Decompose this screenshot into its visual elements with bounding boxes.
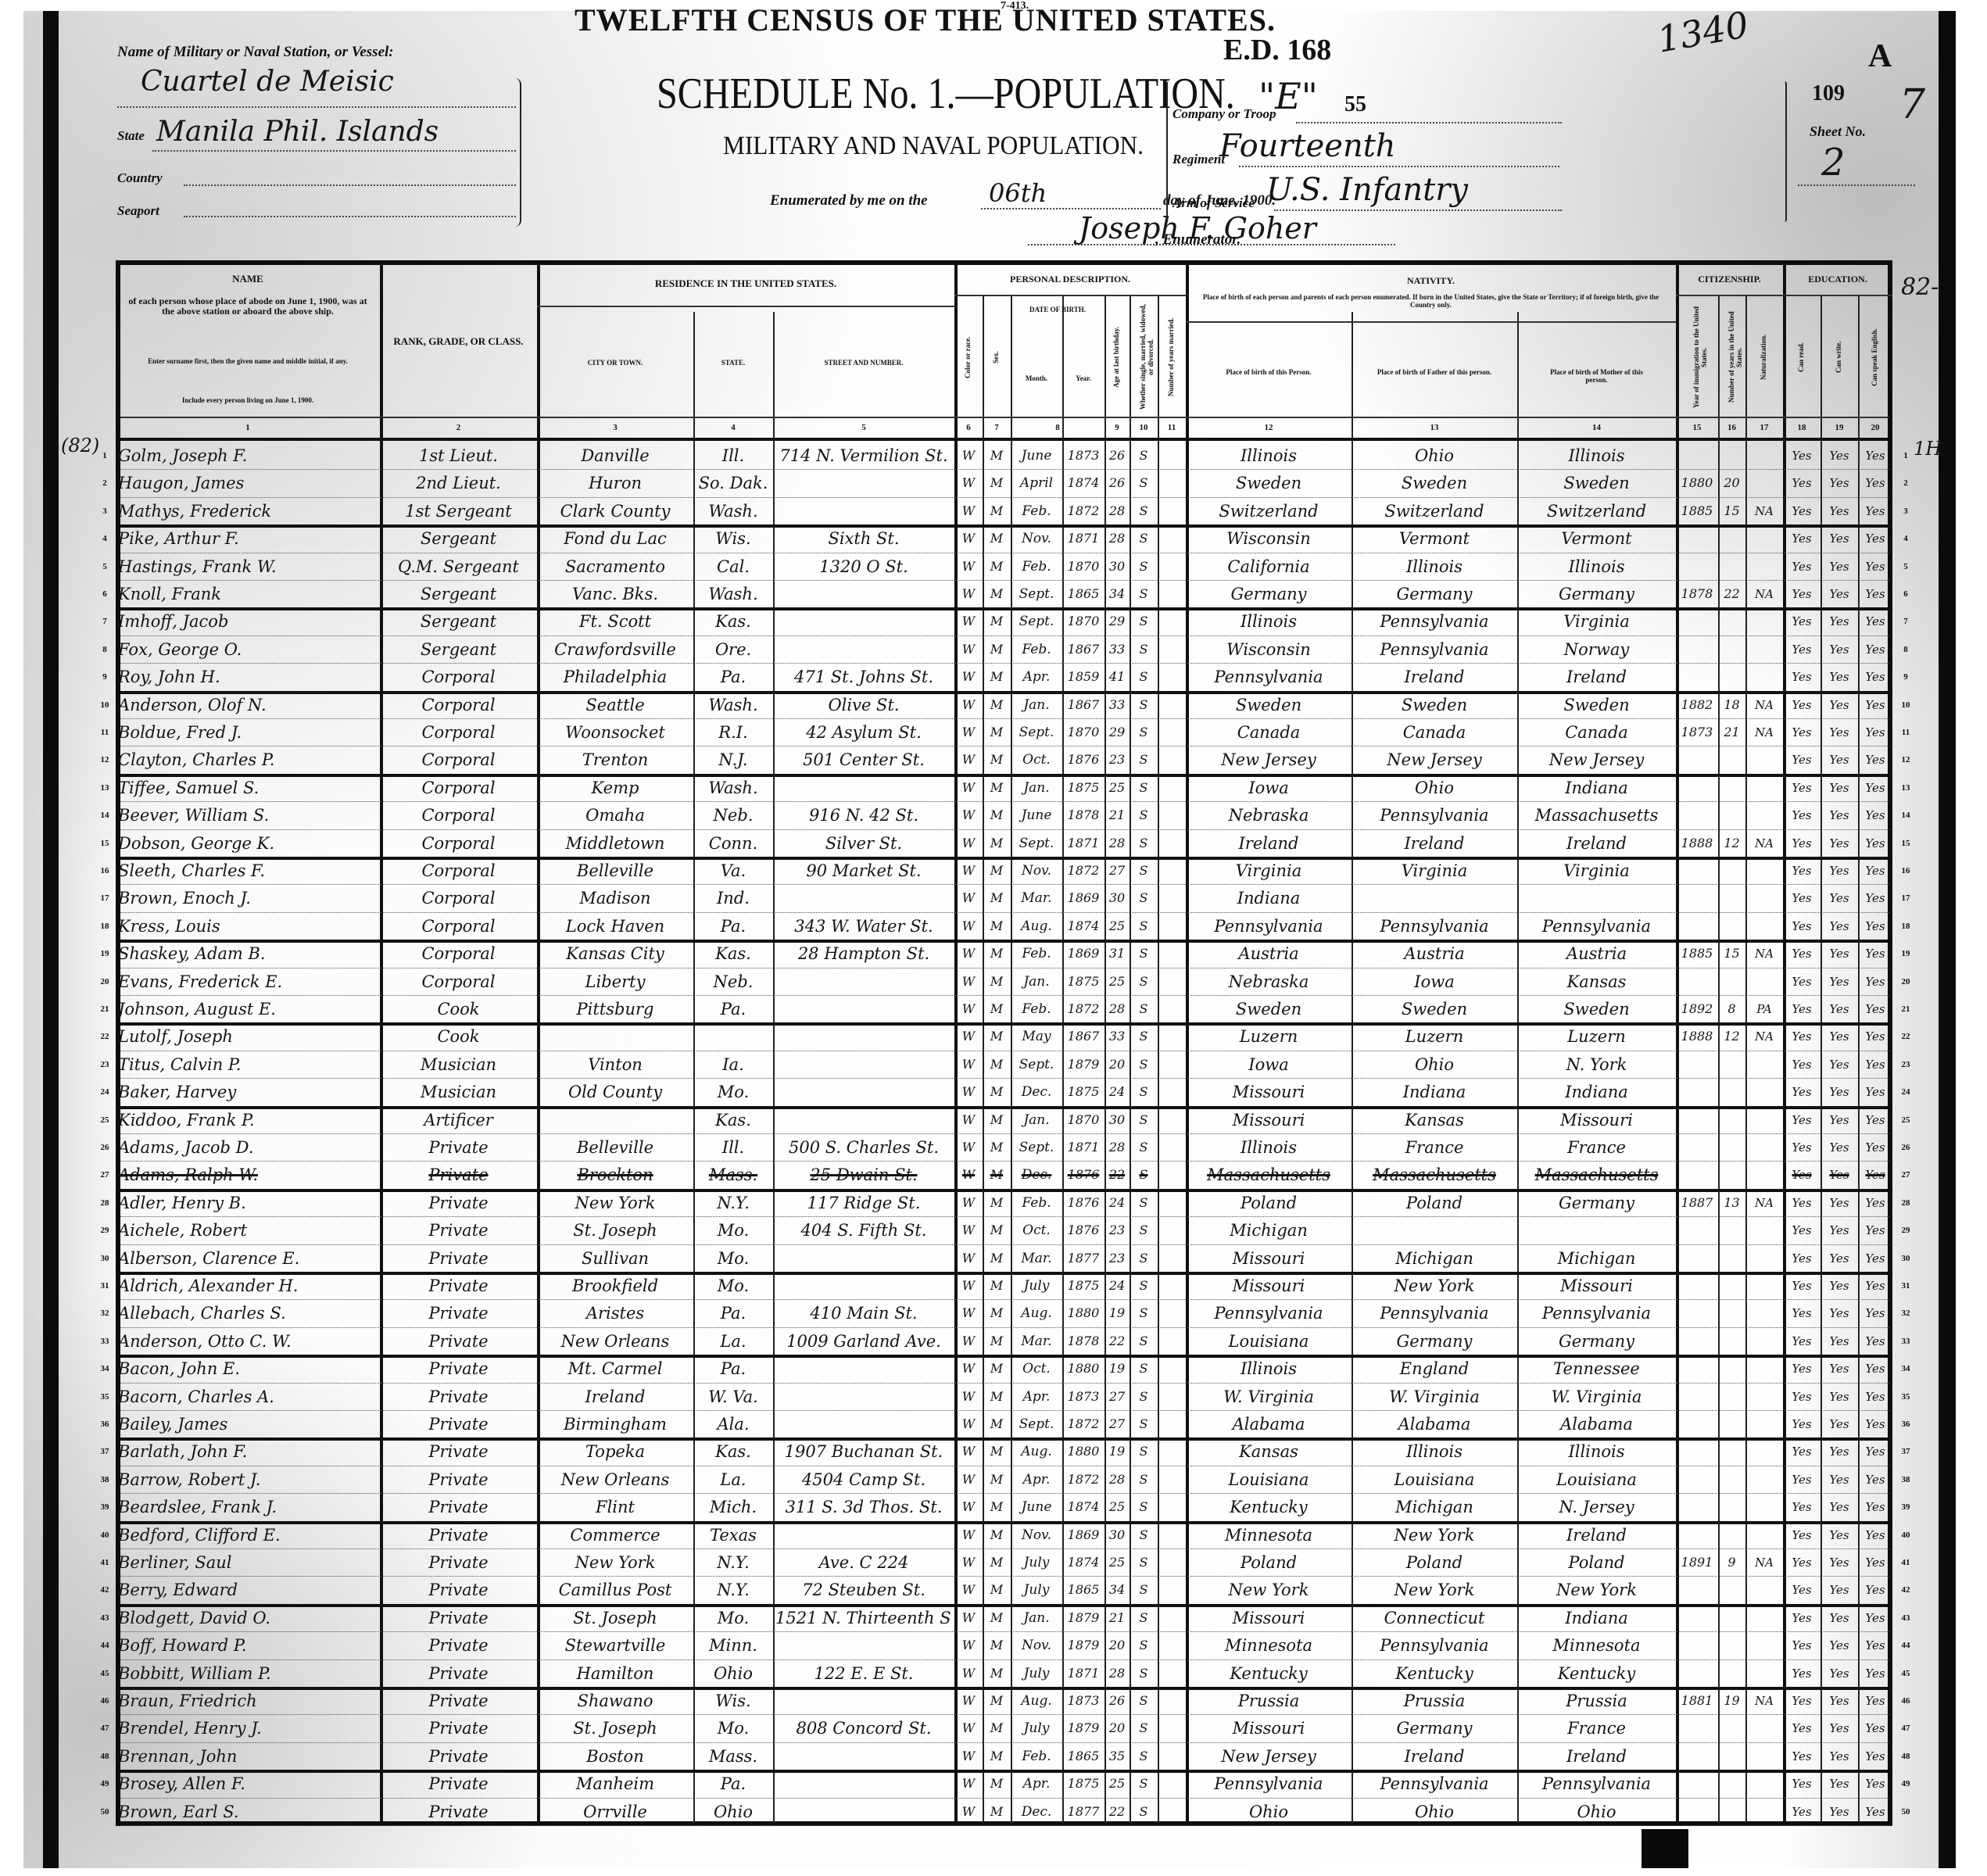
can-speak-english-cell: Yes bbox=[1860, 830, 1890, 857]
can-read-cell: Yes bbox=[1785, 470, 1818, 496]
state-cell: Ohio bbox=[696, 1660, 771, 1687]
sex-cell: M bbox=[985, 1688, 1008, 1714]
city-cell: Brookfield bbox=[539, 1273, 691, 1299]
row-number-right: 49 bbox=[1898, 1770, 1914, 1797]
birthplace-cell: Iowa bbox=[1188, 775, 1349, 801]
name-cell: Dobson, George K. bbox=[118, 830, 378, 857]
enumerator-label: , Enumerator. bbox=[1155, 231, 1241, 249]
state-cell: Mass. bbox=[696, 1743, 771, 1770]
color-cell: W bbox=[957, 1743, 980, 1770]
state-cell: Mo. bbox=[696, 1715, 771, 1742]
father-birthplace-cell: Iowa bbox=[1354, 968, 1515, 995]
age-cell: 25 bbox=[1107, 913, 1127, 940]
birthplace-cell: Sweden bbox=[1188, 996, 1349, 1022]
birth-month-cell: Feb. bbox=[1013, 636, 1060, 663]
seaport-label: Seaport bbox=[117, 203, 159, 219]
row-number-right: 14 bbox=[1898, 802, 1914, 829]
can-read-cell: Yes bbox=[1785, 1660, 1818, 1687]
state-cell: Cal. bbox=[696, 553, 771, 580]
naturalization-cell: NA bbox=[1748, 830, 1781, 857]
marital-cell: S bbox=[1132, 608, 1155, 635]
name-cell: Berliner, Saul bbox=[118, 1549, 378, 1576]
father-birthplace-cell: New York bbox=[1354, 1522, 1515, 1548]
color-cell: W bbox=[957, 1273, 980, 1299]
header-nativity-desc: Place of birth of each person and parent… bbox=[1201, 293, 1660, 309]
birthplace-cell: Louisiana bbox=[1188, 1328, 1349, 1355]
father-birthplace-cell: Vermont bbox=[1354, 525, 1515, 552]
color-cell: W bbox=[957, 664, 980, 690]
color-cell: W bbox=[957, 1328, 980, 1355]
birth-month-cell: Feb. bbox=[1013, 1190, 1060, 1216]
can-write-cell: Yes bbox=[1823, 1355, 1856, 1382]
birth-year-cell: 1872 bbox=[1065, 996, 1102, 1022]
sheet-no-value: 2 bbox=[1821, 141, 1846, 184]
marital-cell: S bbox=[1132, 525, 1155, 552]
header-years-us: Number of years in the United States. bbox=[1727, 303, 1743, 412]
age-cell: 22 bbox=[1107, 1328, 1127, 1355]
color-cell: W bbox=[957, 498, 980, 524]
age-cell: 24 bbox=[1107, 1190, 1127, 1216]
color-cell: W bbox=[957, 775, 980, 801]
state-cell: Ill. bbox=[696, 1134, 771, 1161]
birthplace-cell: Missouri bbox=[1188, 1245, 1349, 1272]
father-birthplace-cell: Germany bbox=[1354, 1715, 1515, 1742]
marital-cell: S bbox=[1132, 1577, 1155, 1603]
state-cell: Kas. bbox=[696, 940, 771, 967]
name-cell: Bailey, James bbox=[118, 1411, 378, 1437]
can-speak-english-cell: Yes bbox=[1860, 1134, 1890, 1161]
can-read-cell: Yes bbox=[1785, 996, 1818, 1022]
can-write-cell: Yes bbox=[1823, 1300, 1856, 1326]
row-number-right: 15 bbox=[1898, 830, 1914, 857]
immigration-year-cell: 1880 bbox=[1678, 470, 1716, 496]
can-speak-english-cell: Yes bbox=[1860, 775, 1890, 801]
birthplace-cell: Missouri bbox=[1188, 1107, 1349, 1133]
color-cell: W bbox=[957, 1799, 980, 1825]
can-read-cell: Yes bbox=[1785, 1079, 1818, 1105]
unit-bracket-right bbox=[1782, 81, 1787, 222]
row-number-right: 12 bbox=[1898, 746, 1914, 773]
birth-year-cell: 1867 bbox=[1065, 1023, 1102, 1050]
father-birthplace-cell: Pennsylvania bbox=[1354, 1300, 1515, 1326]
rank-cell: Private bbox=[382, 1660, 535, 1687]
birth-month-cell: Aug. bbox=[1013, 1300, 1060, 1326]
rank-cell: 2nd Lieut. bbox=[382, 470, 535, 496]
name-cell: Adler, Henry B. bbox=[118, 1190, 378, 1216]
birth-month-cell: Jan. bbox=[1013, 968, 1060, 995]
can-write-cell: Yes bbox=[1823, 857, 1856, 884]
father-birthplace-cell: Ireland bbox=[1354, 830, 1515, 857]
city-cell: Orrville bbox=[539, 1799, 691, 1825]
age-cell: 34 bbox=[1107, 581, 1127, 607]
age-cell: 27 bbox=[1107, 857, 1127, 884]
column-number: 1 bbox=[116, 423, 380, 432]
rank-cell: Private bbox=[382, 1384, 535, 1410]
row-number-right: 18 bbox=[1898, 913, 1914, 940]
can-read-cell: Yes bbox=[1785, 1023, 1818, 1050]
birth-year-cell: 1870 bbox=[1065, 553, 1102, 580]
sex-cell: M bbox=[985, 1273, 1008, 1299]
regiment-label: Regiment bbox=[1173, 152, 1225, 167]
birth-month-cell: Mar. bbox=[1013, 1245, 1060, 1272]
row-number-right: 38 bbox=[1898, 1466, 1914, 1493]
can-write-cell: Yes bbox=[1823, 1134, 1856, 1161]
sex-cell: M bbox=[985, 968, 1008, 995]
birthplace-cell: Kentucky bbox=[1188, 1660, 1349, 1687]
city-cell: Aristes bbox=[539, 1300, 691, 1326]
birth-year-cell: 1875 bbox=[1065, 775, 1102, 801]
can-write-cell: Yes bbox=[1823, 1799, 1856, 1825]
years-in-us-cell: 19 bbox=[1720, 1688, 1743, 1714]
row-number-left: 2 bbox=[97, 470, 113, 496]
birthplace-cell: New Jersey bbox=[1188, 1743, 1349, 1770]
city-cell: Omaha bbox=[539, 802, 691, 829]
birth-month-cell: June bbox=[1013, 802, 1060, 829]
name-cell: Johnson, August E. bbox=[118, 996, 378, 1022]
name-cell: Imhoff, Jacob bbox=[118, 608, 378, 635]
can-write-cell: Yes bbox=[1823, 1494, 1856, 1520]
birth-month-cell: Oct. bbox=[1013, 1355, 1060, 1382]
state-line bbox=[152, 150, 516, 152]
row-number-left: 11 bbox=[97, 719, 113, 746]
immigration-year-cell: 1885 bbox=[1678, 940, 1716, 967]
birth-month-cell: Oct. bbox=[1013, 746, 1060, 773]
sex-cell: M bbox=[985, 1355, 1008, 1382]
city-cell: Ft. Scott bbox=[539, 608, 691, 635]
birthplace-cell: California bbox=[1188, 553, 1349, 580]
state-cell: N.J. bbox=[696, 746, 771, 773]
sex-cell: M bbox=[985, 1079, 1008, 1105]
row-number-right: 13 bbox=[1898, 775, 1914, 801]
column-number: 10 bbox=[1130, 423, 1158, 432]
can-speak-english-cell: Yes bbox=[1860, 692, 1890, 718]
can-read-cell: Yes bbox=[1785, 1273, 1818, 1299]
color-cell: W bbox=[957, 1051, 980, 1078]
can-read-cell: Yes bbox=[1785, 1522, 1818, 1548]
row-number-left: 46 bbox=[97, 1688, 113, 1714]
row-number-left: 16 bbox=[97, 857, 113, 884]
can-speak-english-cell: Yes bbox=[1860, 1328, 1890, 1355]
sex-cell: M bbox=[985, 1632, 1008, 1659]
name-cell: Kiddoo, Frank P. bbox=[118, 1107, 378, 1133]
row-number-right: 48 bbox=[1898, 1743, 1914, 1770]
regiment-line bbox=[1239, 166, 1559, 167]
birth-year-cell: 1880 bbox=[1065, 1355, 1102, 1382]
column-number: 13 bbox=[1352, 423, 1517, 432]
immigration-year-cell: 1881 bbox=[1678, 1688, 1716, 1714]
row-number-left: 7 bbox=[97, 608, 113, 635]
can-speak-english-cell: Yes bbox=[1860, 1660, 1890, 1687]
rank-cell: Corporal bbox=[382, 968, 535, 995]
name-cell: Bacon, John E. bbox=[118, 1355, 378, 1382]
birth-year-cell: 1879 bbox=[1065, 1715, 1102, 1742]
state-cell: Wash. bbox=[696, 498, 771, 524]
sex-cell: M bbox=[985, 525, 1008, 552]
row-number-right: 28 bbox=[1898, 1190, 1914, 1216]
state-cell: Ind. bbox=[696, 885, 771, 911]
birth-year-cell: 1865 bbox=[1065, 581, 1102, 607]
can-write-cell: Yes bbox=[1823, 1245, 1856, 1272]
name-cell: Anderson, Olof N. bbox=[118, 692, 378, 718]
rank-cell: Private bbox=[382, 1328, 535, 1355]
color-cell: W bbox=[957, 1770, 980, 1797]
sex-cell: M bbox=[985, 1577, 1008, 1603]
column-number: 16 bbox=[1718, 423, 1745, 432]
age-cell: 28 bbox=[1107, 1134, 1127, 1161]
state-cell: R.I. bbox=[696, 719, 771, 746]
mother-birthplace-cell: Alabama bbox=[1520, 1411, 1674, 1437]
sex-cell: M bbox=[985, 1107, 1008, 1133]
can-write-cell: Yes bbox=[1823, 664, 1856, 690]
city-cell: Mt. Carmel bbox=[539, 1355, 691, 1382]
birth-month-cell: Dec. bbox=[1013, 1079, 1060, 1105]
row-number-right: 19 bbox=[1898, 940, 1914, 967]
marital-cell: S bbox=[1132, 1190, 1155, 1216]
sex-cell: M bbox=[985, 1494, 1008, 1520]
city-cell: Shawano bbox=[539, 1688, 691, 1714]
can-write-cell: Yes bbox=[1823, 1577, 1856, 1603]
immigration-year-cell: 1885 bbox=[1678, 498, 1716, 524]
street-cell: 808 Concord St. bbox=[775, 1715, 952, 1742]
can-read-cell: Yes bbox=[1785, 498, 1818, 524]
column-number: 3 bbox=[537, 423, 693, 432]
birth-year-cell: 1870 bbox=[1065, 1107, 1102, 1133]
birth-month-cell: Feb. bbox=[1013, 498, 1060, 524]
name-cell: Golm, Joseph F. bbox=[118, 442, 378, 469]
father-birthplace-cell: New York bbox=[1354, 1273, 1515, 1299]
can-read-cell: Yes bbox=[1785, 1134, 1818, 1161]
marital-cell: S bbox=[1132, 1438, 1155, 1465]
row-number-right: 4 bbox=[1898, 525, 1914, 552]
state-cell: Kas. bbox=[696, 1438, 771, 1465]
row-number-left: 48 bbox=[97, 1743, 113, 1770]
city-cell: Woonsocket bbox=[539, 719, 691, 746]
row-number-left: 8 bbox=[97, 636, 113, 663]
state-cell: Conn. bbox=[696, 830, 771, 857]
birth-year-cell: 1871 bbox=[1065, 525, 1102, 552]
father-birthplace-cell: Pennsylvania bbox=[1354, 802, 1515, 829]
can-speak-english-cell: Yes bbox=[1860, 1715, 1890, 1742]
row-number-right: 30 bbox=[1898, 1245, 1914, 1272]
can-speak-english-cell: Yes bbox=[1860, 1355, 1890, 1382]
age-cell: 28 bbox=[1107, 498, 1127, 524]
row-number-left: 40 bbox=[97, 1522, 113, 1548]
birth-year-cell: 1878 bbox=[1065, 802, 1102, 829]
sex-cell: M bbox=[985, 470, 1008, 496]
header-naturalization: Naturalization. bbox=[1760, 303, 1767, 412]
column-number: 15 bbox=[1676, 423, 1718, 432]
marital-cell: S bbox=[1132, 885, 1155, 911]
can-speak-english-cell: Yes bbox=[1860, 968, 1890, 995]
column-number: 8 bbox=[1011, 423, 1104, 432]
can-write-cell: Yes bbox=[1823, 1051, 1856, 1078]
mother-birthplace-cell: Massachusetts bbox=[1520, 1162, 1674, 1188]
sex-cell: M bbox=[985, 1051, 1008, 1078]
mother-birthplace-cell: Louisiana bbox=[1520, 1466, 1674, 1493]
rank-cell: Cook bbox=[382, 1023, 535, 1050]
enumeration-district: E.D. 168 bbox=[1223, 33, 1331, 67]
name-cell: Pike, Arthur F. bbox=[118, 525, 378, 552]
immigration-year-cell: 1873 bbox=[1678, 719, 1716, 746]
birth-year-cell: 1879 bbox=[1065, 1051, 1102, 1078]
age-cell: 33 bbox=[1107, 692, 1127, 718]
marital-cell: S bbox=[1132, 857, 1155, 884]
can-read-cell: Yes bbox=[1785, 746, 1818, 773]
father-birthplace-cell: Poland bbox=[1354, 1190, 1515, 1216]
color-cell: W bbox=[957, 692, 980, 718]
father-birthplace-cell: Poland bbox=[1354, 1549, 1515, 1576]
marital-cell: S bbox=[1132, 498, 1155, 524]
age-cell: 27 bbox=[1107, 1384, 1127, 1410]
can-speak-english-cell: Yes bbox=[1860, 581, 1890, 607]
street-cell: 501 Center St. bbox=[775, 746, 952, 773]
naturalization-cell: NA bbox=[1748, 1549, 1781, 1576]
city-cell: Lock Haven bbox=[539, 913, 691, 940]
rank-cell: Corporal bbox=[382, 692, 535, 718]
can-write-cell: Yes bbox=[1823, 1328, 1856, 1355]
row-number-right: 29 bbox=[1898, 1217, 1914, 1244]
header-marital: Whether single, married, widowed, or div… bbox=[1139, 303, 1155, 412]
row-number-left: 34 bbox=[97, 1355, 113, 1382]
city-cell: Belleville bbox=[539, 857, 691, 884]
marital-cell: S bbox=[1132, 1715, 1155, 1742]
row-number-left: 9 bbox=[97, 664, 113, 690]
birth-month-cell: Aug. bbox=[1013, 1688, 1060, 1714]
can-read-cell: Yes bbox=[1785, 1743, 1818, 1770]
father-birthplace-cell: Connecticut bbox=[1354, 1605, 1515, 1631]
mother-birthplace-cell: Pennsylvania bbox=[1520, 913, 1674, 940]
column-number: 11 bbox=[1158, 423, 1186, 432]
father-birthplace-cell: Luzern bbox=[1354, 1023, 1515, 1050]
city-cell: Pittsburg bbox=[539, 996, 691, 1022]
row-number-right: 7 bbox=[1898, 608, 1914, 635]
marital-cell: S bbox=[1132, 470, 1155, 496]
father-birthplace-cell: Germany bbox=[1354, 1328, 1515, 1355]
father-birthplace-cell: Pennsylvania bbox=[1354, 1632, 1515, 1659]
age-cell: 20 bbox=[1107, 1051, 1127, 1078]
birth-month-cell: Mar. bbox=[1013, 885, 1060, 911]
row-number-right: 5 bbox=[1898, 553, 1914, 580]
mother-birthplace-cell: Massachusetts bbox=[1520, 802, 1674, 829]
street-cell: 343 W. Water St. bbox=[775, 913, 952, 940]
station-line bbox=[117, 106, 516, 108]
marital-cell: S bbox=[1132, 1743, 1155, 1770]
mother-birthplace-cell: Ireland bbox=[1520, 664, 1674, 690]
row-number-left: 36 bbox=[97, 1411, 113, 1437]
can-speak-english-cell: Yes bbox=[1860, 1743, 1890, 1770]
can-speak-english-cell: Yes bbox=[1860, 442, 1890, 469]
sex-cell: M bbox=[985, 775, 1008, 801]
column-number: 17 bbox=[1745, 423, 1783, 432]
row-number-left: 35 bbox=[97, 1384, 113, 1410]
can-speak-english-cell: Yes bbox=[1860, 746, 1890, 773]
sex-cell: M bbox=[985, 719, 1008, 746]
birthplace-cell: Poland bbox=[1188, 1549, 1349, 1576]
birth-month-cell: Nov. bbox=[1013, 525, 1060, 552]
column-number: 14 bbox=[1517, 423, 1676, 432]
years-in-us-cell: 15 bbox=[1720, 498, 1743, 524]
name-cell: Adams, Ralph W. bbox=[118, 1162, 378, 1188]
rank-cell: Private bbox=[382, 1300, 535, 1326]
row-number-left: 18 bbox=[97, 913, 113, 940]
can-write-cell: Yes bbox=[1823, 746, 1856, 773]
can-speak-english-cell: Yes bbox=[1860, 913, 1890, 940]
row-number-left: 17 bbox=[97, 885, 113, 911]
birthplace-cell: Luzern bbox=[1188, 1023, 1349, 1050]
name-cell: Alberson, Clarence E. bbox=[118, 1245, 378, 1272]
margin-annotation-row1: 1H bbox=[1914, 438, 1942, 460]
years-in-us-cell: 20 bbox=[1720, 470, 1743, 496]
sex-cell: M bbox=[985, 1522, 1008, 1548]
years-in-us-cell: 8 bbox=[1720, 996, 1743, 1022]
can-read-cell: Yes bbox=[1785, 1549, 1818, 1576]
birth-month-cell: July bbox=[1013, 1660, 1060, 1687]
age-cell: 20 bbox=[1107, 1715, 1127, 1742]
row-number-right: 24 bbox=[1898, 1079, 1914, 1105]
rank-cell: Corporal bbox=[382, 746, 535, 773]
can-write-cell: Yes bbox=[1823, 1023, 1856, 1050]
row-number-right: 35 bbox=[1898, 1384, 1914, 1410]
birth-year-cell: 1875 bbox=[1065, 1079, 1102, 1105]
birth-month-cell: July bbox=[1013, 1273, 1060, 1299]
birth-year-cell: 1867 bbox=[1065, 692, 1102, 718]
age-cell: 33 bbox=[1107, 1023, 1127, 1050]
state-cell: Mass. bbox=[696, 1162, 771, 1188]
birthplace-cell: Kentucky bbox=[1188, 1494, 1349, 1520]
birth-year-cell: 1872 bbox=[1065, 498, 1102, 524]
birth-year-cell: 1874 bbox=[1065, 913, 1102, 940]
mother-birthplace-cell: Ireland bbox=[1520, 1743, 1674, 1770]
stamp-number: 109 bbox=[1812, 81, 1845, 106]
row-number-right: 32 bbox=[1898, 1300, 1914, 1326]
birthplace-cell: Nebraska bbox=[1188, 968, 1349, 995]
can-write-cell: Yes bbox=[1823, 1273, 1856, 1299]
street-cell: 72 Steuben St. bbox=[775, 1577, 952, 1603]
color-cell: W bbox=[957, 1300, 980, 1326]
city-cell: Flint bbox=[539, 1494, 691, 1520]
mother-birthplace-cell: Norway bbox=[1520, 636, 1674, 663]
birth-year-cell: 1869 bbox=[1065, 940, 1102, 967]
name-cell: Kress, Louis bbox=[118, 913, 378, 940]
can-write-cell: Yes bbox=[1823, 1466, 1856, 1493]
color-cell: W bbox=[957, 940, 980, 967]
birth-year-cell: 1871 bbox=[1065, 1134, 1102, 1161]
years-in-us-cell: 15 bbox=[1720, 940, 1743, 967]
row-number-left: 30 bbox=[97, 1245, 113, 1272]
street-cell: Silver St. bbox=[775, 830, 952, 857]
sex-cell: M bbox=[985, 1162, 1008, 1188]
state-cell: Pa. bbox=[696, 1770, 771, 1797]
birth-month-cell: Feb. bbox=[1013, 996, 1060, 1022]
rank-cell: Private bbox=[382, 1355, 535, 1382]
father-birthplace-cell: Ireland bbox=[1354, 664, 1515, 690]
can-write-cell: Yes bbox=[1823, 1605, 1856, 1631]
birth-month-cell: Feb. bbox=[1013, 1743, 1060, 1770]
mother-birthplace-cell: Missouri bbox=[1520, 1273, 1674, 1299]
can-speak-english-cell: Yes bbox=[1860, 1577, 1890, 1603]
street-cell: Sixth St. bbox=[775, 525, 952, 552]
column-number: 4 bbox=[693, 423, 773, 432]
row-number-right: 43 bbox=[1898, 1605, 1914, 1631]
birthplace-cell: Pennsylvania bbox=[1188, 1300, 1349, 1326]
city-cell: Ireland bbox=[539, 1384, 691, 1410]
street-cell: 471 St. Johns St. bbox=[775, 664, 952, 690]
can-read-cell: Yes bbox=[1785, 885, 1818, 911]
state-label: State bbox=[117, 128, 145, 144]
birthplace-cell: Indiana bbox=[1188, 885, 1349, 911]
can-read-cell: Yes bbox=[1785, 525, 1818, 552]
city-cell: Clark County bbox=[539, 498, 691, 524]
